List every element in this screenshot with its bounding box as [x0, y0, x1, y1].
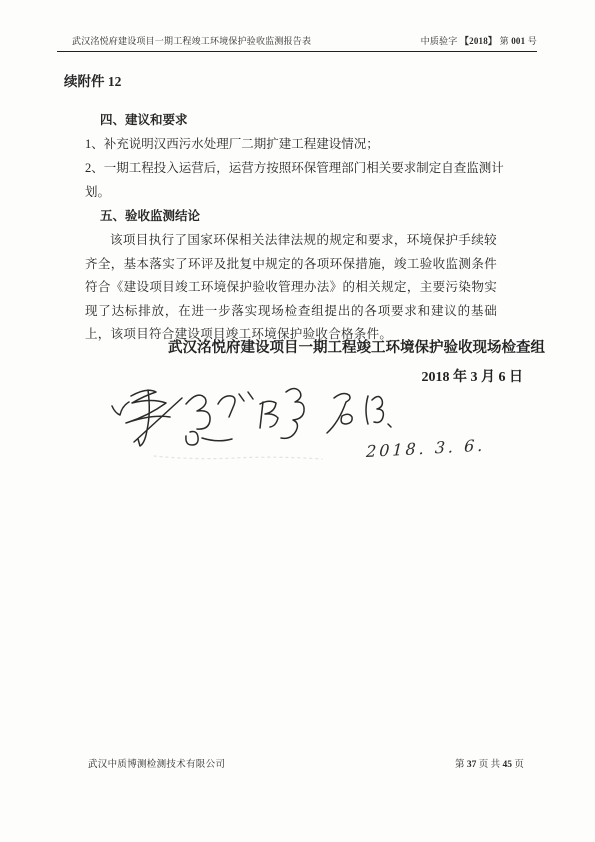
page-prefix: 第: [455, 760, 465, 770]
suggestion-item-1: 1、补充说明汉西污水处理厂二期扩建工程建设情况；: [85, 132, 517, 156]
page-suffix: 页: [514, 760, 524, 770]
header-title: 武汉洺悦府建设项目一期工程竣工环境保护验收监测报告表: [57, 34, 311, 47]
signature-3: [327, 394, 391, 433]
attachment-label: 续附件 12: [64, 70, 121, 90]
scan-artifact: [154, 456, 322, 459]
document-page: 武汉洺悦府建设项目一期工程竣工环境保护验收监测报告表 中质验字 【2018】 第…: [0, 0, 595, 842]
signature-1: [112, 390, 232, 446]
section-heading-conclusion: 五、验收监测结论: [100, 204, 517, 228]
committee-name: 武汉洺悦府建设项目一期工程竣工环境保护验收现场检查组: [85, 336, 545, 357]
page-current: 37: [467, 760, 477, 770]
suggestion-item-2: 2、一期工程投入运营后，运营方按照环保管理部门相关要求制定自查监测计划。: [85, 156, 517, 204]
page-header: 武汉洺悦府建设项目一期工程竣工环境保护验收监测报告表 中质验字 【2018】 第…: [57, 34, 537, 52]
footer-page-number: 第 37 页 共 45 页: [455, 756, 555, 770]
doc-no-number: 001: [511, 36, 525, 46]
conclusion-paragraph: 该项目执行了国家环保相关法律法规的规定和要求，环境保护手续较齐全，基本落实了环评…: [85, 229, 497, 347]
handwritten-signatures: [90, 380, 520, 475]
page-total: 45: [503, 760, 513, 770]
header-doc-number: 中质验字 【2018】 第 001 号: [421, 34, 537, 47]
doc-no-suffix: 号: [528, 36, 537, 46]
doc-no-bracket: 【2018】: [460, 36, 497, 46]
signature-area: [90, 380, 520, 475]
document-body: 四、建议和要求 1、补充说明汉西污水处理厂二期扩建工程建设情况； 2、一期工程投…: [85, 108, 517, 347]
doc-no-mid: 第: [500, 36, 509, 46]
section-heading-suggestions: 四、建议和要求: [100, 108, 517, 132]
page-mid: 页 共: [479, 760, 500, 770]
footer-company: 武汉中质博测检测技术有限公司: [88, 756, 225, 770]
doc-no-prefix: 中质验字: [421, 36, 458, 46]
signature-2: [218, 389, 304, 439]
